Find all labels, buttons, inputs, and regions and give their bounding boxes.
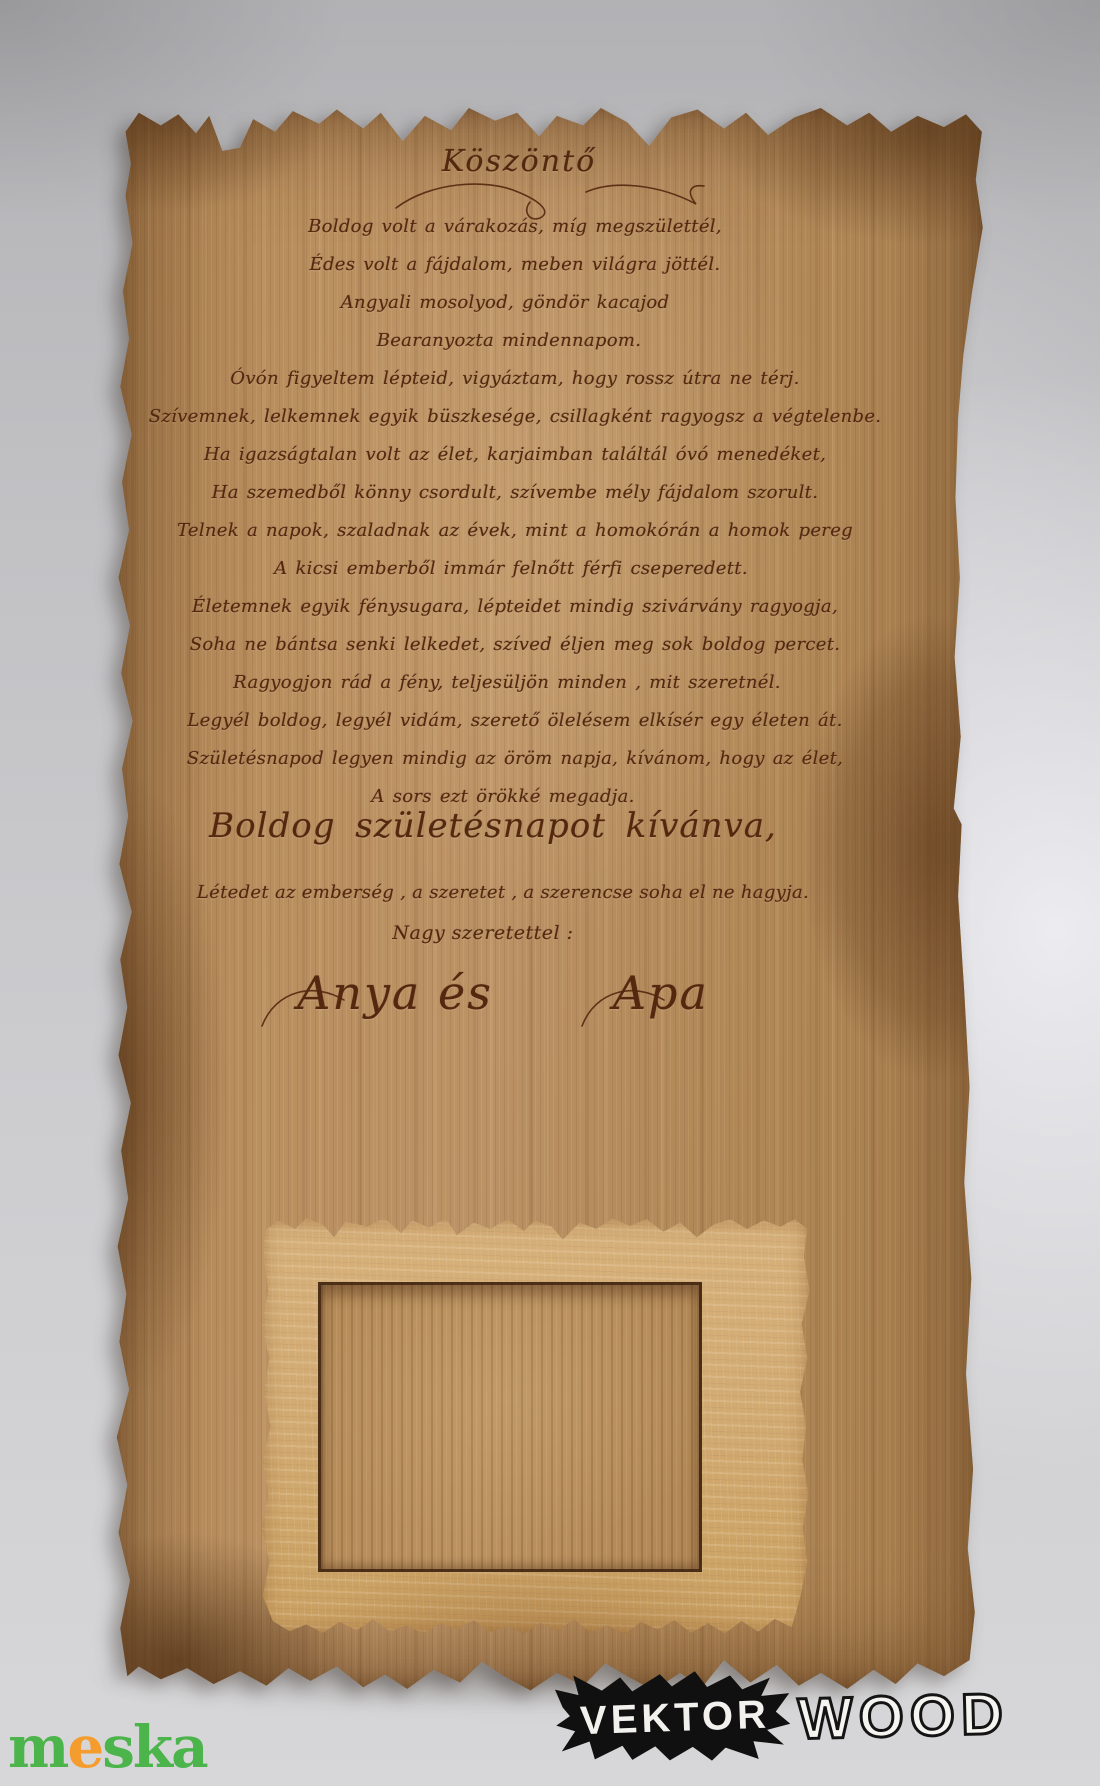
- meska-part: e: [67, 1713, 102, 1781]
- poem-line: Telnek a napok, szaladnak az évek, mint …: [134, 512, 896, 550]
- wood-logo-text: WOOD: [797, 1685, 1009, 1748]
- plaque-title: Köszöntő: [108, 144, 930, 179]
- meska-watermark: meska: [8, 1718, 207, 1776]
- poem-line: Életemnek egyik fénysugara, lépteidet mi…: [134, 588, 896, 626]
- vektor-logo-text: VEKTOR: [555, 1668, 792, 1766]
- poem-line: Édes volt a fájdalom, meben világra jött…: [134, 246, 896, 284]
- photo-window: [318, 1282, 702, 1572]
- poem-line: Bearanyozta mindennapom.: [128, 322, 890, 360]
- poem-line: Születésnapod legyen mindig az öröm napj…: [134, 740, 896, 778]
- regards-line: Nagy szeretettel :: [108, 922, 858, 944]
- poem-line: A kicsi emberből immár felnőtt férfi cse…: [130, 550, 892, 588]
- meska-part: m: [8, 1713, 67, 1781]
- poem-line: Soha ne bántsa senki lelkedet, szíved él…: [134, 626, 896, 664]
- signature: Anya ésApa: [108, 966, 898, 1020]
- closing-line: Létedet az emberség , a szeretet , a sze…: [118, 882, 888, 903]
- meska-part: ska: [102, 1713, 206, 1781]
- poem: Boldog volt a várakozás, míg megszületté…: [134, 208, 896, 816]
- vektorwood-logo: VEKTOR WOOD: [556, 1672, 1009, 1762]
- poem-line: Legyél boldog, legyél vidám, szerető öle…: [134, 702, 896, 740]
- poem-line: Szívemnek, lelkemnek egyik büszkesége, c…: [134, 398, 896, 436]
- birthday-wish-line: Boldog születésnapot kívánva,: [108, 806, 878, 846]
- poem-line: Ha igazságtalan volt az élet, karjaimban…: [134, 436, 896, 474]
- product-photo: Köszöntő Boldog volt a várakozás, míg me…: [0, 0, 1100, 1786]
- signature-flourish-icon: [258, 980, 348, 1036]
- photo-frame: [256, 1214, 814, 1638]
- poem-line: Ha szemedből könny csordult, szívembe mé…: [134, 474, 896, 512]
- signature-flourish-icon: [578, 980, 668, 1036]
- poem-line: Boldog volt a várakozás, míg megszületté…: [134, 208, 896, 246]
- poem-line: Óvón figyeltem lépteid, vigyáztam, hogy …: [134, 360, 896, 398]
- poem-line: Ragyogjon rád a fény, teljesüljön minden…: [126, 664, 888, 702]
- poem-line: Angyali mosolyod, göndör kacajod: [124, 284, 886, 322]
